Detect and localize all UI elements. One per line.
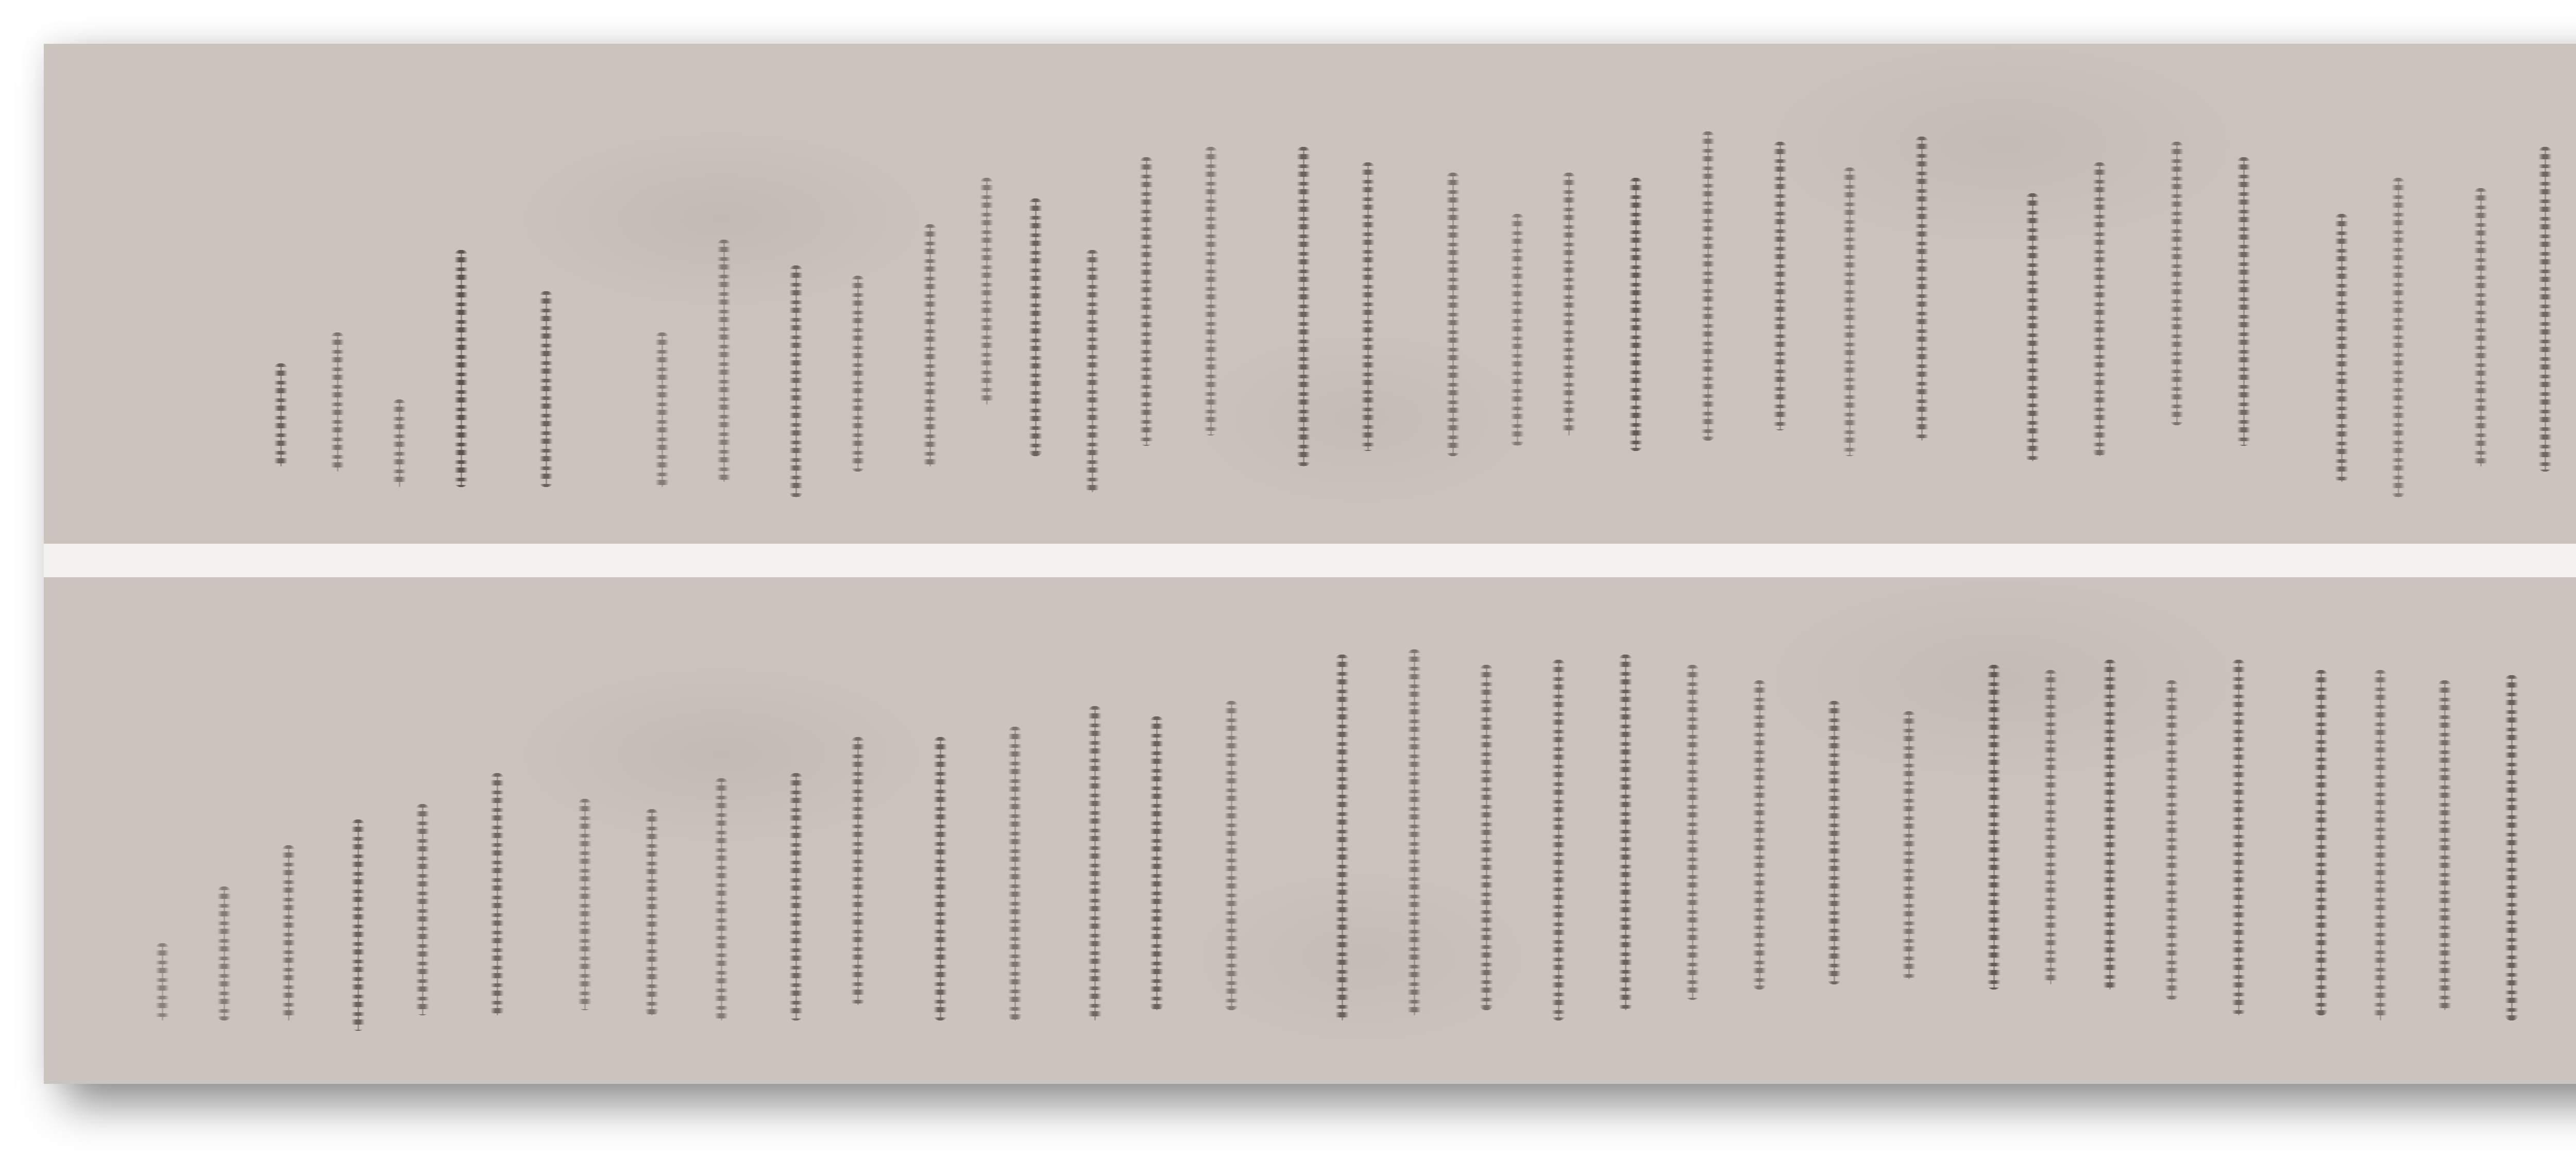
script-column xyxy=(156,943,169,1020)
script-column xyxy=(1480,665,1493,1010)
script-column xyxy=(934,737,947,1020)
register-separator xyxy=(44,544,2576,577)
script-column xyxy=(578,799,591,1010)
script-column xyxy=(1552,660,1565,1020)
script-column xyxy=(1629,178,1642,451)
script-column xyxy=(1843,168,1856,456)
script-column xyxy=(454,250,468,487)
script-column xyxy=(274,363,287,466)
lower-register xyxy=(44,577,2576,1084)
script-column xyxy=(2538,147,2552,472)
script-column xyxy=(539,291,553,487)
script-column xyxy=(1204,147,1217,436)
script-column xyxy=(2237,157,2250,446)
script-column xyxy=(1088,706,1101,1020)
script-column xyxy=(1225,701,1238,1010)
script-column xyxy=(1701,131,1715,441)
script-column xyxy=(1446,173,1460,456)
script-column xyxy=(1335,655,1349,1020)
script-column xyxy=(923,224,937,466)
script-column xyxy=(351,819,365,1031)
script-column xyxy=(1029,198,1042,456)
script-column xyxy=(282,845,295,1020)
script-column xyxy=(1827,701,1841,984)
script-column xyxy=(645,809,658,1015)
script-column xyxy=(1619,655,1632,1010)
script-column xyxy=(1086,250,1099,492)
script-column xyxy=(1562,173,1575,436)
script-column xyxy=(2438,680,2451,1010)
script-column xyxy=(2374,670,2387,1020)
script-column xyxy=(789,265,803,497)
upper-register xyxy=(44,44,2576,544)
script-column xyxy=(2165,680,2178,1000)
script-column xyxy=(2505,675,2518,1020)
script-column xyxy=(1753,680,1766,990)
script-column xyxy=(393,399,406,487)
script-column xyxy=(331,332,344,472)
script-column xyxy=(490,773,504,1015)
script-column xyxy=(2232,660,2245,1015)
script-column xyxy=(715,778,728,1020)
script-column xyxy=(2474,188,2487,466)
script-column xyxy=(980,178,993,405)
script-column xyxy=(416,804,429,1015)
script-column xyxy=(2026,193,2039,461)
script-column xyxy=(1773,142,1787,430)
script-column xyxy=(1008,727,1022,1020)
script-column xyxy=(2093,162,2106,456)
script-column xyxy=(1297,147,1310,466)
script-column xyxy=(2103,660,2116,990)
script-column xyxy=(717,240,731,482)
script-column xyxy=(1408,649,1421,1015)
script-column xyxy=(2170,142,2183,425)
script-column xyxy=(2044,670,2057,984)
script-column xyxy=(217,886,231,1020)
script-column xyxy=(1915,137,1928,441)
script-column xyxy=(1686,665,1699,1000)
script-column xyxy=(851,737,865,1005)
script-column xyxy=(1150,716,1163,1010)
script-column xyxy=(1140,157,1153,446)
script-column xyxy=(2392,178,2405,497)
script-column xyxy=(2335,214,2348,482)
manuscript-scroll xyxy=(44,44,2576,1084)
script-column xyxy=(1361,162,1375,451)
script-column xyxy=(1511,214,1524,446)
script-column xyxy=(1987,665,2001,990)
script-column xyxy=(789,773,803,1020)
script-column xyxy=(851,276,865,472)
script-column xyxy=(655,332,669,487)
script-column xyxy=(2314,670,2328,1015)
script-column xyxy=(1902,711,1916,979)
